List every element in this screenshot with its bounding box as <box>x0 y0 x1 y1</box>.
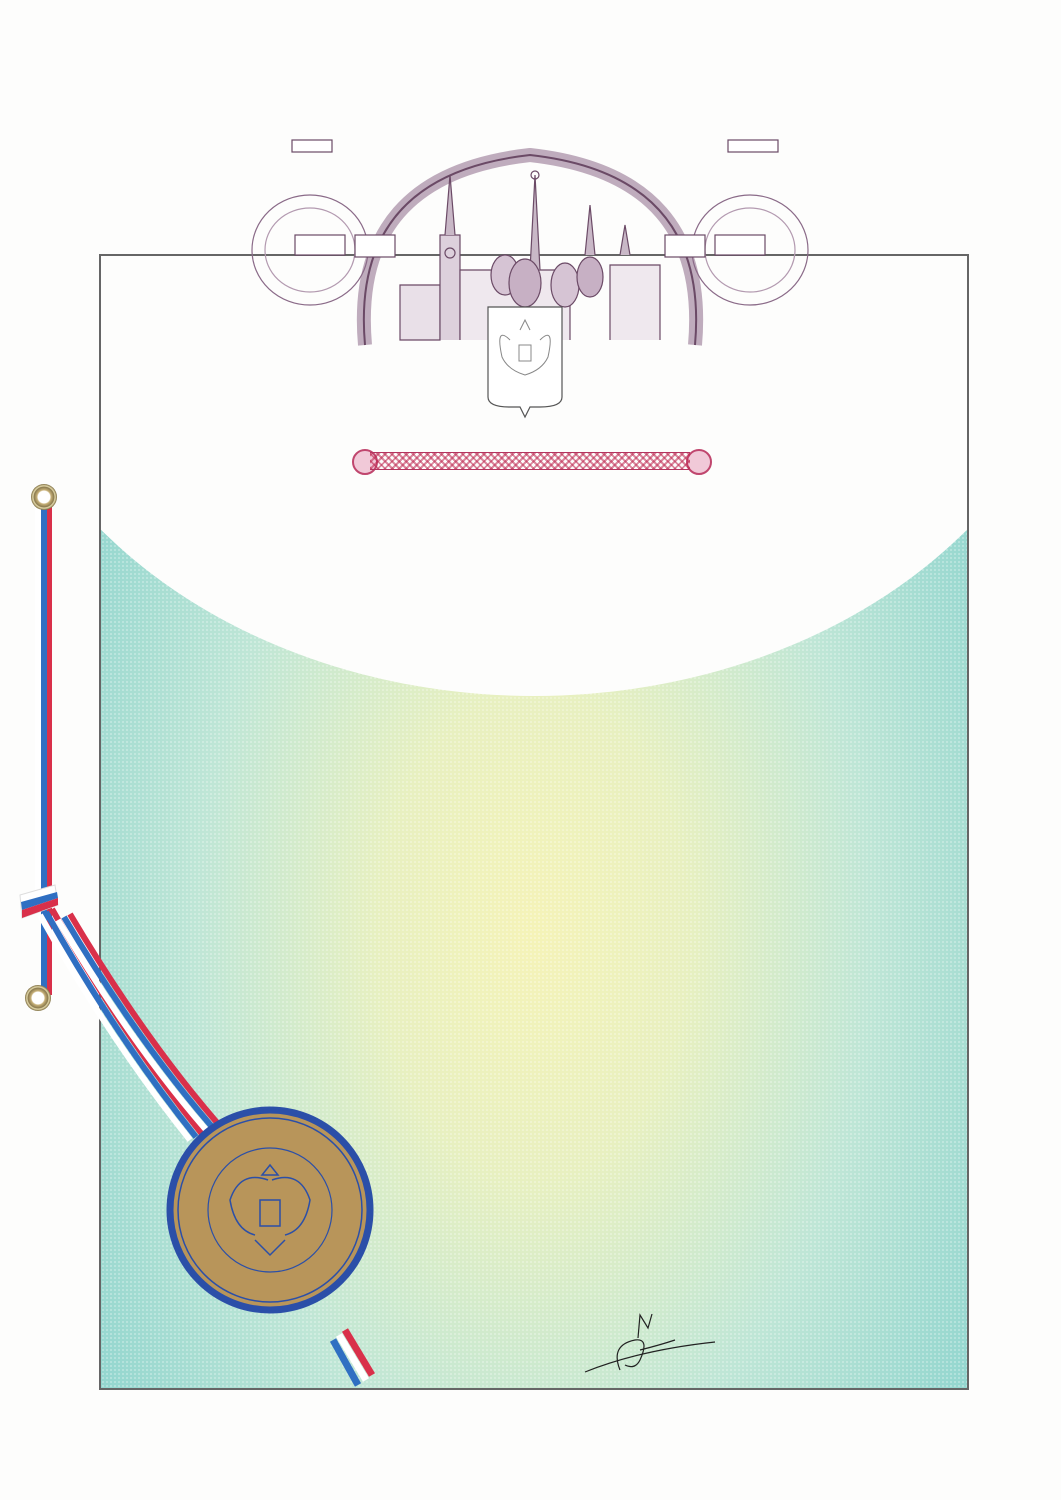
official-seal-icon <box>150 1090 390 1330</box>
grommet-top-icon <box>31 484 57 510</box>
patent-holders <box>162 783 882 820</box>
authors <box>162 890 882 918</box>
kremlin-emblem-icon <box>240 135 820 425</box>
coat-of-arms-shield <box>488 307 562 417</box>
grommet-bottom-icon <box>25 985 51 1011</box>
security-band <box>370 452 690 470</box>
signature-icon <box>580 1310 720 1380</box>
